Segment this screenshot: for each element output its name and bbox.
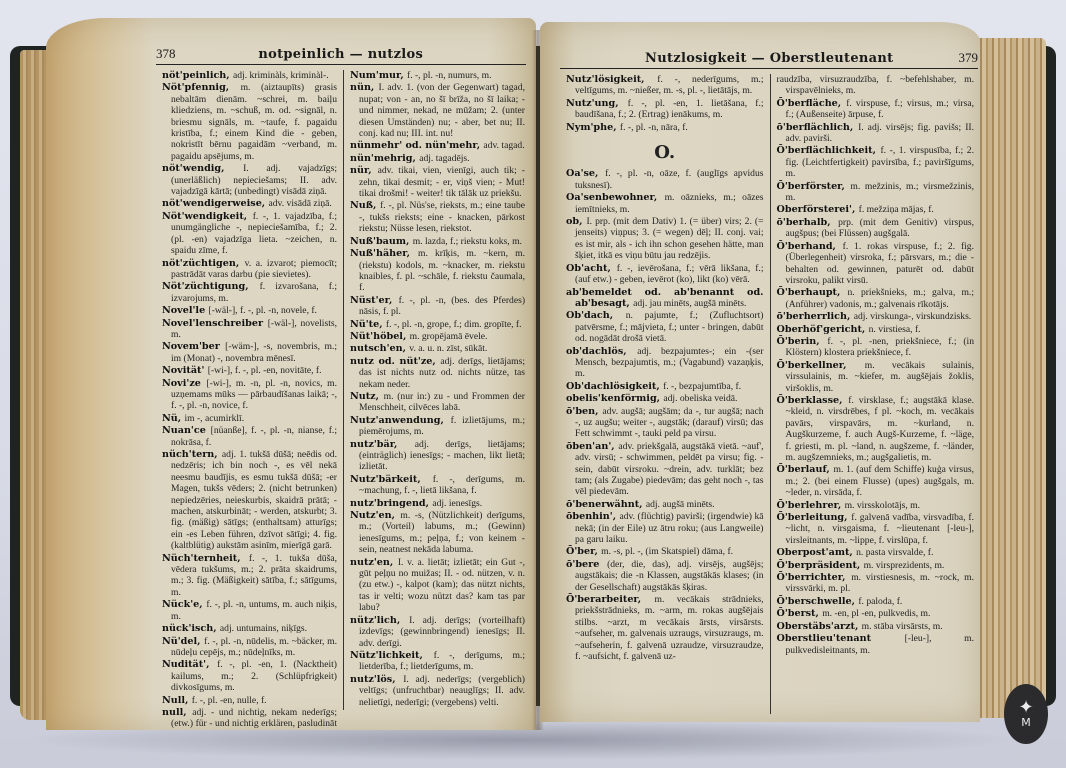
- dictionary-entry: Nüt'höbel, m. gropējamā ēvele.: [350, 331, 525, 342]
- definition: I. adv. 1. (von der Gegenwart) tagad, nu…: [359, 82, 525, 139]
- dictionary-entry: Nöt'wendigkeit, f. -, 1. vajadzība, f.; …: [162, 211, 337, 257]
- dictionary-entry: nöt'züchtigen, v. a. izvarot; piemocīt; …: [162, 258, 337, 281]
- headword: nutz'en,: [350, 557, 398, 568]
- dictionary-entry: ō'berherrlich, adj. virskunga-, virskund…: [777, 311, 975, 322]
- definition: n. pasta virsvalde, f.: [856, 547, 933, 558]
- left-page: 378 notpeinlich — nutzlos nöt'peinlich, …: [46, 18, 536, 730]
- headword: Novem'ber: [162, 341, 225, 352]
- dictionary-entry: ō'bere (der, die, das), adj. virsējs, au…: [566, 559, 764, 593]
- headword: Nutz'lösigkeit,: [566, 74, 657, 85]
- definition: m. -en, pl -en, pulkvedis, m.: [822, 608, 930, 619]
- headword: Ob'dachlösigkeit,: [566, 381, 663, 392]
- headword: nöt'züchtigen,: [162, 258, 245, 269]
- definition: f. paloda, f.: [858, 596, 902, 607]
- definition: f. -, pl. Nüs'se, rieksts, m.; eine taub…: [359, 200, 525, 234]
- definition: m. virsskolotājs, m.: [845, 500, 920, 511]
- dictionary-entry: Nüch'ternheit, f. -, 1. tukša dūša, vēde…: [162, 553, 337, 599]
- headword: Nück'e,: [162, 599, 206, 610]
- dictionary-entry: Ō'berhaupt, n. priekšnieks, m.; galva, m…: [777, 287, 975, 310]
- headword: Oberstäbs'arzt,: [777, 621, 862, 632]
- headword: Ob'acht,: [566, 263, 617, 274]
- dictionary-entry: Nuan'ce [nüanße], f. -, pl. -n, nianse, …: [162, 425, 337, 448]
- right-page-header: Nutzlosigkeit — Oberstleutenant 379: [560, 50, 978, 69]
- dictionary-entry: nünmehr' od. nün'mehr, adv. tagad.: [350, 140, 525, 151]
- dictionary-entry: Nück'e, f. -, pl. -n, untums, m. auch ni…: [162, 599, 337, 622]
- dictionary-entry: Nöt'pfennig, m. (aiztaupīts) grasis neba…: [162, 82, 337, 162]
- dictionary-entry: ō'berhalb, prp. (mit dem Genitiv) virspu…: [777, 217, 975, 240]
- running-head-left: notpeinlich — nutzlos: [258, 47, 423, 62]
- headword: Nuß'baum,: [350, 236, 413, 247]
- headword: Ō'berhand,: [777, 241, 843, 252]
- definition: m. lazda, f.; riekstu koks, m.: [413, 236, 522, 247]
- right-page: Nutzlosigkeit — Oberstleutenant 379 Nutz…: [540, 22, 980, 722]
- dictionary-entry: Nöt'züchtigung, f. izvarošana, f.; izvar…: [162, 281, 337, 304]
- headword: nünmehr' od. nün'mehr,: [350, 140, 483, 151]
- headword: Ō'berkellner,: [777, 360, 865, 371]
- dictionary-entry: Ō'berkellner, m. vecākais sulainis, virs…: [777, 360, 975, 394]
- dictionary-entry: ob, I. prp. (mit dem Dativ) 1. (= über) …: [566, 216, 764, 262]
- left-page-header: 378 notpeinlich — nutzlos: [156, 46, 526, 65]
- headword: Nuß'häher,: [350, 248, 418, 259]
- definition: I. prp. (mit dem Dativ) 1. (= über) virs…: [575, 216, 764, 261]
- headword: ob'dachlös,: [566, 346, 637, 357]
- page-number-left: 378: [156, 46, 176, 62]
- dictionary-entry: nutz'en, I. v. a. lietāt; izlietāt; ein …: [350, 557, 525, 614]
- headword: Null,: [162, 695, 192, 706]
- definition: m. virsprezidents, m.: [864, 560, 945, 571]
- headword: Nutz,: [350, 391, 384, 402]
- definition: n. virstiesa, f.: [869, 324, 921, 335]
- definition: m. (aiztaupīts) grasis nebaltām dienām. …: [171, 82, 337, 161]
- headword: Oberstlieu'tenant: [777, 633, 905, 644]
- dictionary-entry: obelis'kenförmig, adj. obeliska veidā.: [566, 393, 764, 404]
- headword: Nuß,: [350, 200, 380, 211]
- headword: ō'benerwähnt,: [566, 499, 646, 510]
- dictionary-entry: Novel'le [-wäl-], f. -, pl. -n, novele, …: [162, 305, 337, 316]
- dictionary-entry: Ō'berflächlichkeit, f. -, 1. virspusība,…: [777, 145, 975, 179]
- definition: m. gropējamā ēvele.: [410, 331, 488, 342]
- dictionary-entry: Ō'berförster, m. mežzinis, m.; virsmežzi…: [777, 181, 975, 204]
- definition: f. -, bezpajumtība, f.: [663, 381, 741, 392]
- dictionary-entry: Ob'dach, n. pajumte, f.; (Zufluchtsort) …: [566, 310, 764, 344]
- headword: Nü'del,: [162, 636, 204, 647]
- right-page-edges: [976, 38, 1046, 718]
- running-head-right: Nutzlosigkeit — Oberstleutenant: [645, 51, 893, 66]
- definition: im -, acumirklī.: [184, 413, 244, 424]
- headword: Novel'lenschreiber: [162, 318, 268, 329]
- dictionary-entry: Nutz'anwendung, f. izlietājums, m.; piem…: [350, 415, 525, 438]
- dictionary-entry: nutz od. nüt'ze, adj. derīgs, lietājams;…: [350, 356, 525, 390]
- headword: ōbenhin',: [566, 511, 619, 522]
- headword: Ō'berin,: [777, 336, 828, 347]
- headword: nün'mehrig,: [350, 153, 419, 164]
- definition: f. -, pl. -n, nāra, f.: [620, 122, 688, 133]
- definition: adj. tagadējs.: [419, 153, 469, 164]
- headword: Nütz'lichkeit,: [350, 650, 434, 661]
- definition: f. -, pl. -en, nulle, f.: [192, 695, 267, 706]
- headword: Ō'berleitung,: [777, 512, 852, 523]
- dictionary-entry: Nutz'ung, f. -, pl. -en, 1. lietāšana, f…: [566, 98, 764, 121]
- definition: m. -s, pl. -, (im Skatspiel) dāma, f.: [601, 546, 733, 557]
- headword: Ō'berhaupt,: [777, 287, 848, 298]
- headword: Ō'berlauf,: [777, 464, 834, 475]
- dictionary-entry: null, adj. - und nichtig, nekam nederīgs…: [162, 707, 337, 730]
- headword: Nöt'züchtigung,: [162, 281, 260, 292]
- headword: null,: [162, 707, 192, 718]
- dictionary-entry: Nuß'häher, m. krīķis, m. ~kern, m. (riek…: [350, 248, 525, 294]
- dictionary-entry: nutz'bringend, adj. ienesīgs.: [350, 498, 525, 509]
- dictionary-entry: Ō'berschwelle, f. paloda, f.: [777, 596, 975, 607]
- headword: Nöt'wendigkeit,: [162, 211, 253, 222]
- column: raudzība, virsuzraudzība, f. ~befehlshab…: [770, 74, 981, 714]
- definition: adj. jau minēts, augšā minēts.: [633, 298, 746, 309]
- dictionary-entry: ab'bemeldet od. ab'benannt od. ab'besagt…: [566, 287, 764, 310]
- headword: Nöt'pfennig,: [162, 82, 241, 93]
- headword: Nü,: [162, 413, 184, 424]
- dictionary-entry: Ob'dachlösigkeit, f. -, bezpajumtība, f.: [566, 381, 764, 392]
- dictionary-entry: nück'isch, adj. untumains, niķīgs.: [162, 623, 337, 634]
- headword: Ō'berpräsident,: [777, 560, 864, 571]
- dictionary-entry: ō'ben, adv. augšā; augšām; da -, tur aug…: [566, 406, 764, 440]
- dictionary-entry: Nutz'lösigkeit, f. -, nederīgums, m.; ve…: [566, 74, 764, 97]
- dictionary-entry: Novität' [-wi-], f. -, pl. -en, novitāte…: [162, 365, 337, 376]
- dictionary-entry: nün'mehrig, adj. tagadējs.: [350, 153, 525, 164]
- dictionary-entry: Novel'lenschreiber [-wäl-], novelists, m…: [162, 318, 337, 341]
- headword: Novi'ze: [162, 378, 206, 389]
- definition: [-wi-], f. -, pl. -en, novitāte, f.: [208, 365, 322, 376]
- dictionary-entry: ō'benerwähnt, adj. augšā minēts.: [566, 499, 764, 510]
- headword: Nutz'anwendung,: [350, 415, 451, 426]
- column: nöt'peinlich, adj. kriminàls, kriminàl-.…: [156, 70, 343, 710]
- dictionary-entry: Novem'ber [-wäm-], -s, novembris, m.; im…: [162, 341, 337, 364]
- headword: Ō'berfläche,: [777, 98, 847, 109]
- headword: Nüch'ternheit,: [162, 553, 249, 564]
- definition: adv. tikai, vien, vienīgi, auch tik; - z…: [359, 165, 525, 199]
- headword: Oa'senbewohner,: [566, 192, 665, 203]
- definition: f. -, pl. -n, numurs, m.: [407, 70, 491, 81]
- dictionary-entry: Ō'berhand, f. 1. rokas virspuse, f.; 2. …: [777, 241, 975, 287]
- headword: Oberpost'amt,: [777, 547, 857, 558]
- dictionary-entry: Ō'berlauf, m. 1. (auf dem Schiffe) kuģa …: [777, 464, 975, 498]
- dictionary-entry: Ō'ber, m. -s, pl. -, (im Skatspiel) dāma…: [566, 546, 764, 557]
- headword: Ō'berst,: [777, 608, 823, 619]
- dictionary-entry: Nuß'baum, m. lazda, f.; riekstu koks, m.: [350, 236, 525, 247]
- watermark-logo: ✦ M: [1004, 684, 1048, 744]
- headword: Novel'le: [162, 305, 209, 316]
- headword: Ob'dach,: [566, 310, 626, 321]
- headword: nutz'lös,: [350, 674, 403, 685]
- dictionary-entry: nüch'tern, adj. 1. tukšā dūšā; neēdis od…: [162, 449, 337, 552]
- definition: v. a. u. n. zīst, sūkāt.: [409, 343, 487, 354]
- headword: nutsch'en,: [350, 343, 409, 354]
- headword: Ō'berlehrer,: [777, 500, 845, 511]
- dictionary-entry: nutsch'en, v. a. u. n. zīst, sūkāt.: [350, 343, 525, 354]
- definition: adj. augšā minēts.: [646, 499, 715, 510]
- dictionary-entry: Nutz, m. (nur in:) zu - und Frommen der …: [350, 391, 525, 414]
- headword: Num'mur,: [350, 70, 407, 81]
- headword: Ō'berschwelle,: [777, 596, 859, 607]
- headword: Ō'berarbeiter,: [566, 594, 654, 605]
- headword: Nüst'er,: [350, 295, 399, 306]
- dictionary-entry: nöt'wendigerweise, adv. visādā ziņā.: [162, 198, 337, 209]
- headword: obelis'kenförmig,: [566, 393, 663, 404]
- definition: adv. visādā ziņā.: [269, 198, 332, 209]
- definition: [-wäl-], f. -, pl. -n, novele, f.: [209, 305, 317, 316]
- headword: Ō'berflächlichkeit,: [777, 145, 881, 156]
- column: Num'mur, f. -, pl. -n, numurs, m.nün, I.…: [343, 70, 531, 710]
- dictionary-entry: Nüst'er, f. -, pl. -n, (bes. des Pferdes…: [350, 295, 525, 318]
- dictionary-entry: Ō'berrichter, m. virstiesnesis, m. ~rock…: [777, 572, 975, 595]
- dictionary-entry: Oberhöf'gericht, n. virstiesa, f.: [777, 324, 975, 335]
- dictionary-entry: Ō'berklasse, f. virsklase, f.; augstākā …: [777, 395, 975, 463]
- headword: Ō'berförster,: [777, 181, 851, 192]
- headword: nöt'wendigerweise,: [162, 198, 269, 209]
- headword: ō'berherrlich,: [777, 311, 854, 322]
- dictionary-entry: Ō'berfläche, f. virspuse, f.; virsus, m.…: [777, 98, 975, 121]
- headword: ō'berflächlich,: [777, 122, 859, 133]
- definition: f. mežziņa mājas, f.: [859, 204, 934, 215]
- dictionary-entry: Ō'berarbeiter, m. vecākais strādnieks, p…: [566, 594, 764, 662]
- dictionary-entry: Ō'berin, f. -, pl. -nen, priekšniece, f.…: [777, 336, 975, 359]
- headword: ō'bere: [566, 559, 607, 570]
- page-number-right: 379: [958, 50, 978, 66]
- headword: Nym'phe,: [566, 122, 620, 133]
- headword: Ō'berrichter,: [777, 572, 852, 583]
- headword: ob,: [566, 216, 586, 227]
- column: Nutz'lösigkeit, f. -, nederīgums, m.; ve…: [560, 74, 770, 714]
- definition: m. stāba virsārsts, m.: [862, 621, 943, 632]
- headword: Oberhöf'gericht,: [777, 324, 869, 335]
- dictionary-entry: Nym'phe, f. -, pl. -n, nāra, f.: [566, 122, 764, 133]
- dictionary-entry: Nü, im -, acumirklī.: [162, 413, 337, 424]
- dictionary-entry: Null, f. -, pl. -en, nulle, f.: [162, 695, 337, 706]
- dictionary-entry: Oa'se, f. -, pl. -n, oāze, f. (auglīgs a…: [566, 168, 764, 191]
- dictionary-entry: Novi'ze [-wi-], m. -n, pl. -n, novics, m…: [162, 378, 337, 412]
- dictionary-entry: Nuß, f. -, pl. Nüs'se, rieksts, m.; eine…: [350, 200, 525, 234]
- headword: nutz'bär,: [350, 439, 415, 450]
- watermark-letter: M: [1021, 717, 1031, 729]
- dictionary-entry: ob'dachlös, adj. bezpajumtes-; ein -(ser…: [566, 346, 764, 380]
- definition: adj. virskunga-, virskundzisks.: [854, 311, 972, 322]
- dictionary-entry: nün, I. adv. 1. (von der Gegenwart) taga…: [350, 82, 525, 139]
- headword: Nutz'ung,: [566, 98, 628, 109]
- definition: m. (nur in:) zu - und Frommen der Mensch…: [359, 391, 525, 413]
- headword: nück'isch,: [162, 623, 220, 634]
- headword: nütz'lich,: [350, 615, 409, 626]
- dictionary-entry: Num'mur, f. -, pl. -n, numurs, m.: [350, 70, 525, 81]
- definition: adj. obeliska veidā.: [663, 393, 737, 404]
- dictionary-entry: ōbenhin', adv. (flüchtig) pavirši; (irge…: [566, 511, 764, 545]
- dictionary-entry: Ob'acht, f. -, ievērošana, f.; vērā likš…: [566, 263, 764, 286]
- right-page-columns: Nutz'lösigkeit, f. -, nederīgums, m.; ve…: [560, 74, 980, 714]
- headword: Ō'berklasse,: [777, 395, 849, 406]
- dictionary-entry: Nü'del, f. -, pl. -n, nūdelis, m. ~bäcke…: [162, 636, 337, 659]
- dictionary-entry: nutz'bär, adj. derīgs, lietājams; (eintr…: [350, 439, 525, 473]
- letter-heading: O.: [566, 147, 764, 158]
- headword: Oa'se,: [566, 168, 605, 179]
- dictionary-entry: Ō'berst, m. -en, pl -en, pulkvedis, m.: [777, 608, 975, 619]
- flower-icon: ✦: [1018, 699, 1033, 717]
- headword: nür,: [350, 165, 378, 176]
- dictionary-entry: nöt'wendig, I. adj. vajadzīgs; (unerläßl…: [162, 163, 337, 197]
- headword: ō'ben,: [566, 406, 602, 417]
- dictionary-entry: Ō'berlehrer, m. virsskolotājs, m.: [777, 500, 975, 511]
- dictionary-entry: Nudität', f. -, pl. -en, 1. (Nacktheit) …: [162, 659, 337, 693]
- definition: adj. untumains, niķīgs.: [220, 623, 307, 634]
- dictionary-entry: Oberpost'amt, n. pasta virsvalde, f.: [777, 547, 975, 558]
- definition: adj. - und nichtig, nekam nederīgs; (etw…: [171, 707, 337, 730]
- dictionary-entry: Ō'berpräsident, m. virsprezidents, m.: [777, 560, 975, 571]
- dictionary-entry: nütz'lich, I. adj. derīgs; (vorteilhaft)…: [350, 615, 525, 649]
- headword: nöt'wendig,: [162, 163, 243, 174]
- dictionary-entry: Ō'berleitung, f. galvenā vadība, virsvad…: [777, 512, 975, 546]
- definition: adj. kriminàls, kriminàl-.: [233, 70, 329, 81]
- headword: ō'berhalb,: [777, 217, 839, 228]
- dictionary-entry: Oa'senbewohner, m. oāznieks, m.; oāzes i…: [566, 192, 764, 215]
- headword: nutz od. nüt'ze,: [350, 356, 440, 367]
- definition: adj. 1. tukšā dūšā; neēdis od. nedzēris;…: [171, 449, 337, 551]
- dictionary-entry: nür, adv. tikai, vien, vienīgi, auch tik…: [350, 165, 525, 199]
- dictionary-entry: Oberstlieu'tenant [-leu-], m. pulkvedisl…: [777, 633, 975, 656]
- dictionary-entry: Nü'te, f. -, pl. -n, grope, f.; dim. gro…: [350, 319, 525, 330]
- headword: Nüt'höbel,: [350, 331, 410, 342]
- headword: Nuan'ce: [162, 425, 211, 436]
- dictionary-entry: Nütz'lichkeit, f. -, derīgums, m.; lietd…: [350, 650, 525, 673]
- headword: Novität': [162, 365, 208, 376]
- definition: raudzība, virsuzraudzība, f. ~befehlshab…: [777, 74, 975, 96]
- dictionary-entry: Oberstäbs'arzt, m. stāba virsārsts, m.: [777, 621, 975, 632]
- dictionary-entry: raudzība, virsuzraudzība, f. ~befehlshab…: [777, 74, 975, 97]
- definition: adj. ienesīgs.: [432, 498, 482, 509]
- headword: nutz'bringend,: [350, 498, 432, 509]
- definition: f. -, pl. -n, grope, f.; dim. gropīte, f…: [386, 319, 522, 330]
- headword: Ō'ber,: [566, 546, 601, 557]
- headword: nüch'tern,: [162, 449, 222, 460]
- dictionary-entry: nutz'lös, I. adj. nederīgs; (vergeblich)…: [350, 674, 525, 708]
- dictionary-entry: nöt'peinlich, adj. kriminàls, kriminàl-.: [162, 70, 337, 81]
- headword: Nudität',: [162, 659, 217, 670]
- headword: Nutz'bärkeit,: [350, 474, 433, 485]
- definition: adv. augšā; augšām; da -, tur augšā; nac…: [575, 406, 764, 440]
- headword: Oberförsterei',: [777, 204, 859, 215]
- dictionary-entry: ōben'an', adv. priekšgalā, augstākā viet…: [566, 441, 764, 498]
- left-page-columns: nöt'peinlich, adj. kriminàls, kriminàl-.…: [156, 70, 531, 710]
- dictionary-entry: Nutz'en, m. -s, (Nützlichkeit) derīgums,…: [350, 510, 525, 556]
- definition: adv. tagad.: [483, 140, 524, 151]
- headword: nün,: [350, 82, 379, 93]
- headword: nöt'peinlich,: [162, 70, 233, 81]
- dictionary-entry: Nutz'bärkeit, f. -, derīgums, m. ~machun…: [350, 474, 525, 497]
- dictionary-entry: ō'berflächlich, I. adj. virsējs; fig. pa…: [777, 122, 975, 145]
- dictionary-entry: Oberförsterei', f. mežziņa mājas, f.: [777, 204, 975, 215]
- headword: Nutz'en,: [350, 510, 400, 521]
- headword: Nü'te,: [350, 319, 386, 330]
- headword: ōben'an',: [566, 441, 618, 452]
